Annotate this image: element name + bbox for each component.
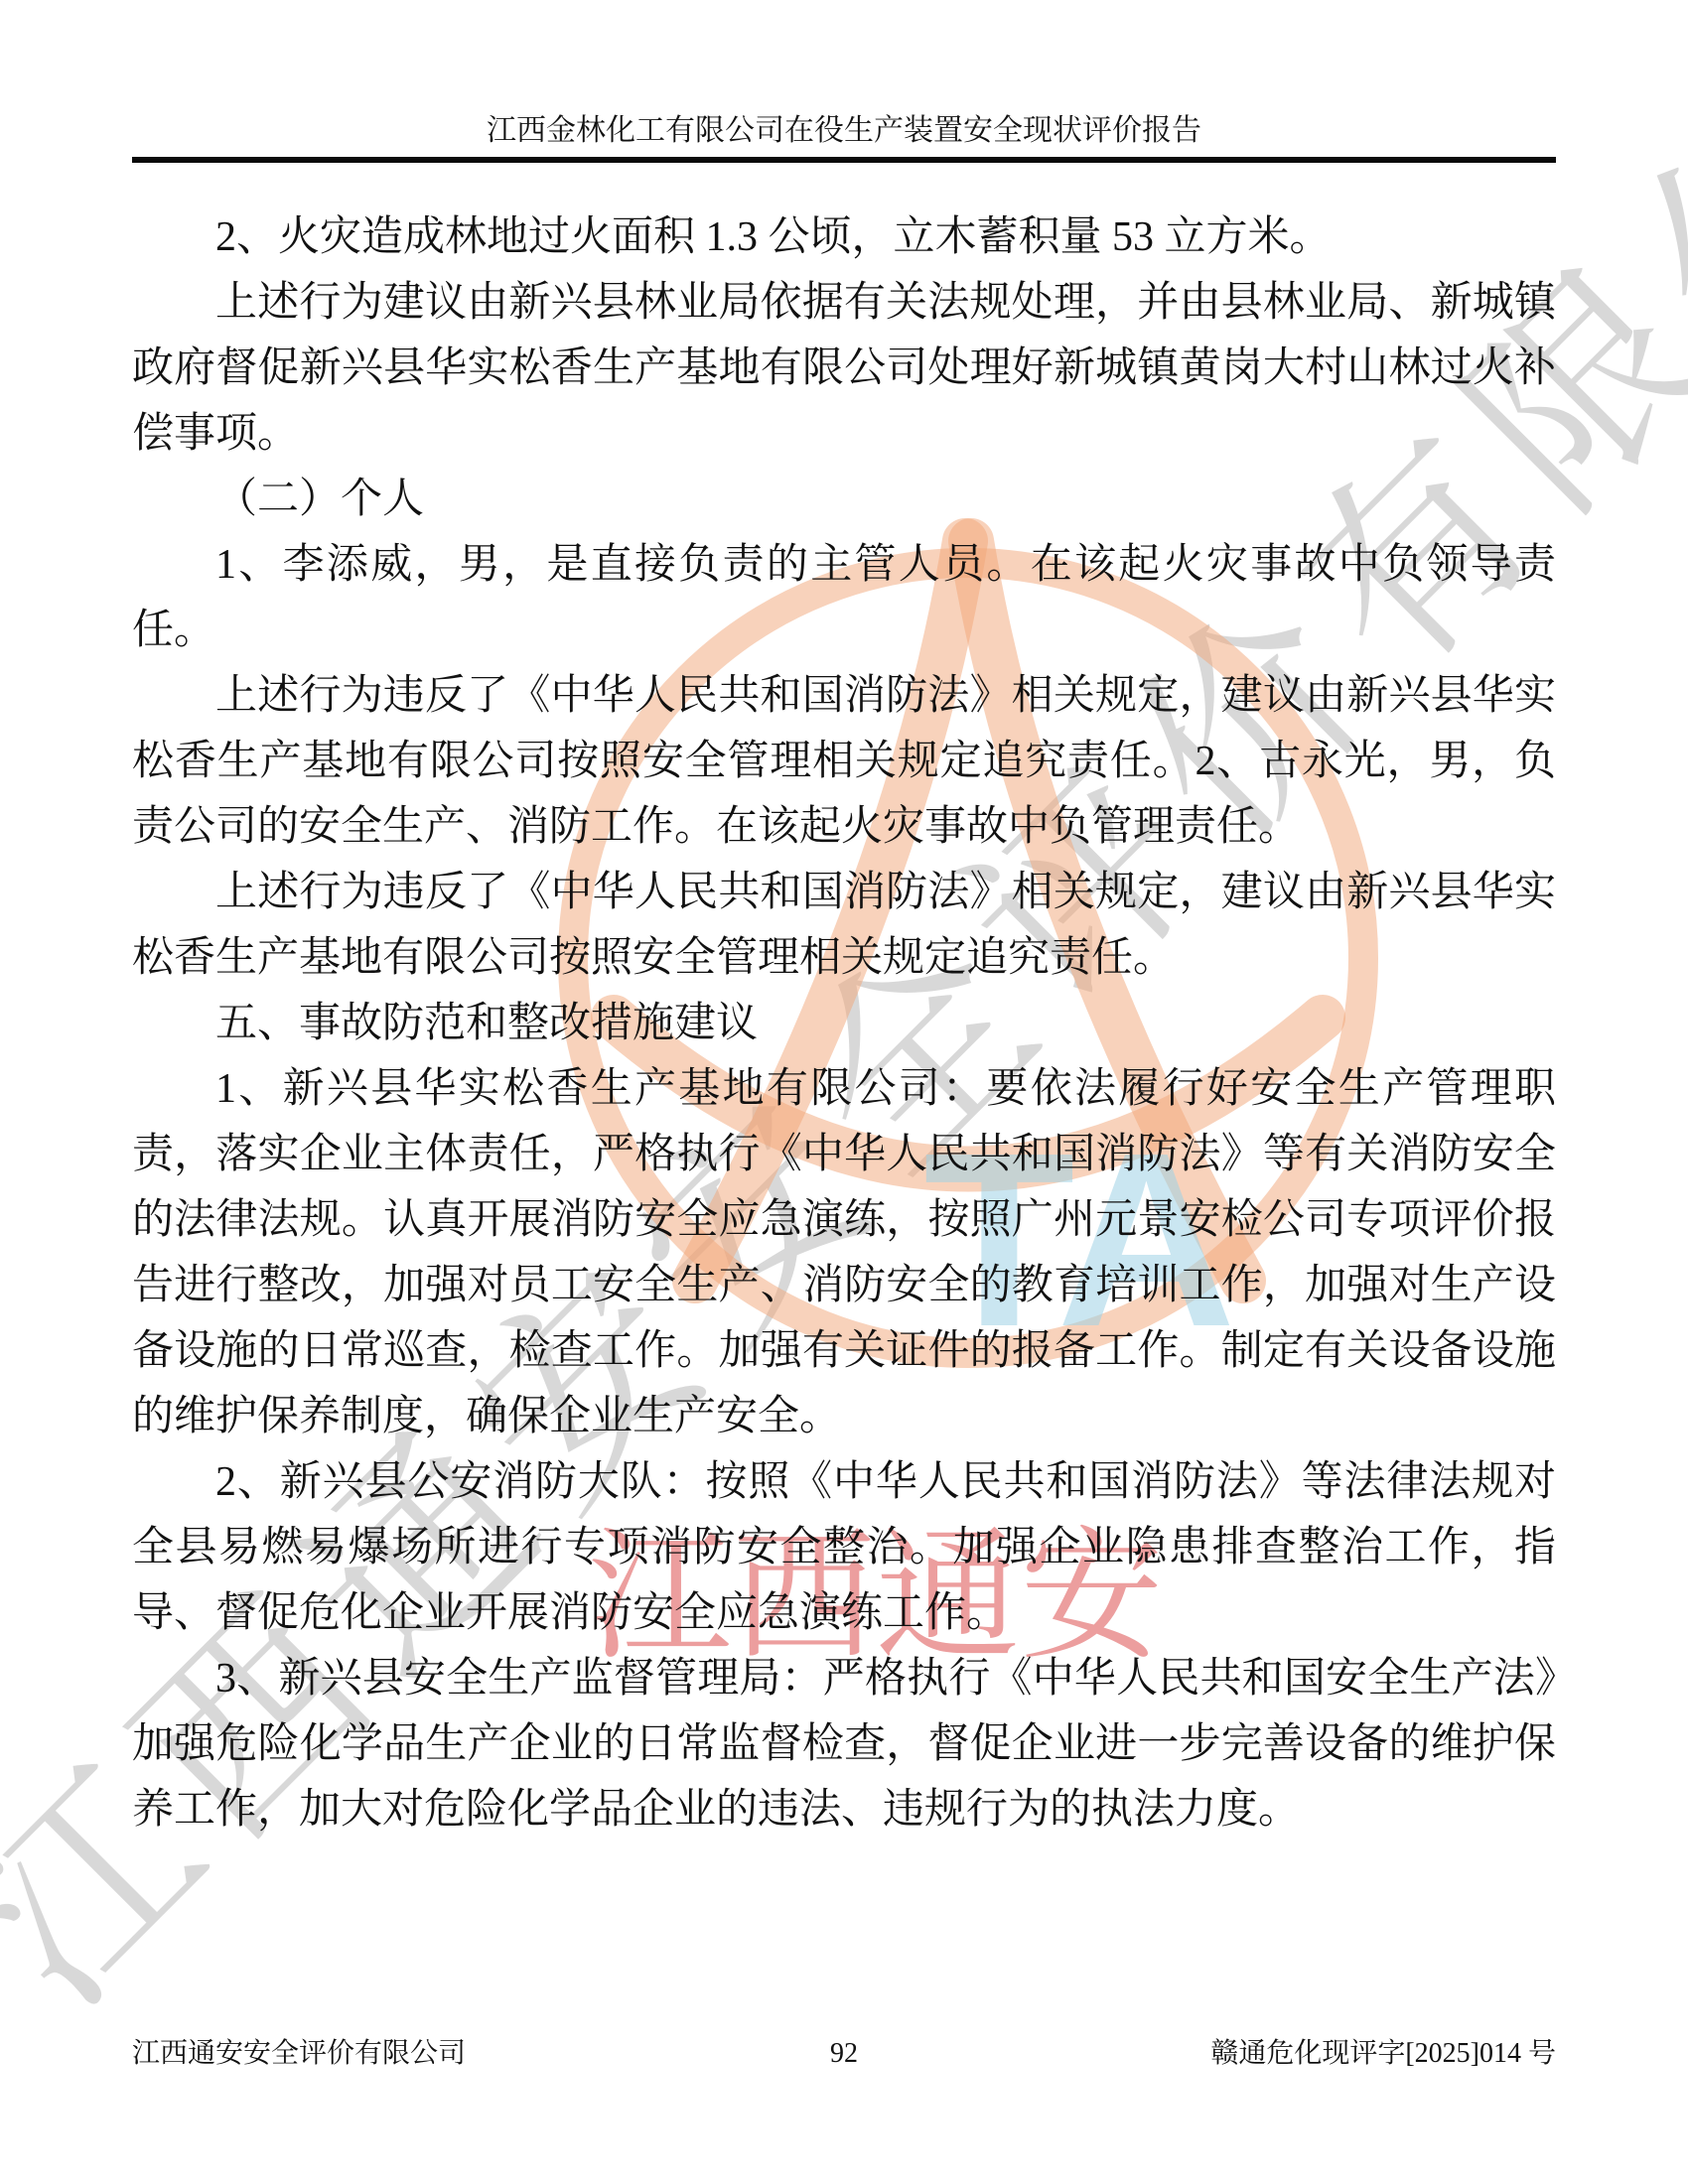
footer-doc-number: 赣通危化现评字[2025]014 号 [858, 2031, 1556, 2071]
paragraph: 上述行为违反了《中华人民共和国消防法》相关规定，建议由新兴县华实松香生产基地有限… [132, 860, 1556, 991]
paragraph: （二）个人 [132, 467, 1556, 532]
paragraph: 2、火灾造成林地过火面积 1.3 公顷，立木蓄积量 53 立方米。 [132, 205, 1556, 270]
footer-company: 江西通安安全评价有限公司 [132, 2031, 830, 2071]
report-body: 2、火灾造成林地过火面积 1.3 公顷，立木蓄积量 53 立方米。 上述行为建议… [132, 163, 1556, 1843]
paragraph: 上述行为建议由新兴县林业局依据有关法规处理，并由县林业局、新城镇政府督促新兴县华… [132, 270, 1556, 467]
document-content: 江西金林化工有限公司在役生产装置安全现状评价报告 2、火灾造成林地过火面积 1.… [0, 0, 1688, 1843]
paragraph: 3、新兴县安全生产监督管理局：严格执行《中华人民共和国安全生产法》加强危险化学品… [132, 1646, 1556, 1843]
report-page: 江西通安安全评价有限公司 TA 江西通安 江西金林化工有限公司在役生产装置安全现… [0, 0, 1688, 2184]
paragraph: 上述行为违反了《中华人民共和国消防法》相关规定，建议由新兴县华实松香生产基地有限… [132, 663, 1556, 860]
footer-page-number: 92 [830, 2038, 858, 2070]
paragraph: 1、李添威，男，是直接负责的主管人员。在该起火灾事故中负领导责任。 [132, 532, 1556, 663]
paragraph: 五、事故防范和整改措施建议 [132, 991, 1556, 1056]
paragraph: 1、新兴县华实松香生产基地有限公司：要依法履行好安全生产管理职责，落实企业主体责… [132, 1056, 1556, 1449]
paragraph: 2、新兴县公安消防大队：按照《中华人民共和国消防法》等法律法规对全县易燃易爆场所… [132, 1449, 1556, 1646]
report-title: 江西金林化工有限公司在役生产装置安全现状评价报告 [132, 111, 1556, 151]
page-footer: 江西通安安全评价有限公司 92 赣通危化现评字[2025]014 号 [132, 2031, 1556, 2071]
page-header: 江西金林化工有限公司在役生产装置安全现状评价报告 [132, 0, 1556, 163]
